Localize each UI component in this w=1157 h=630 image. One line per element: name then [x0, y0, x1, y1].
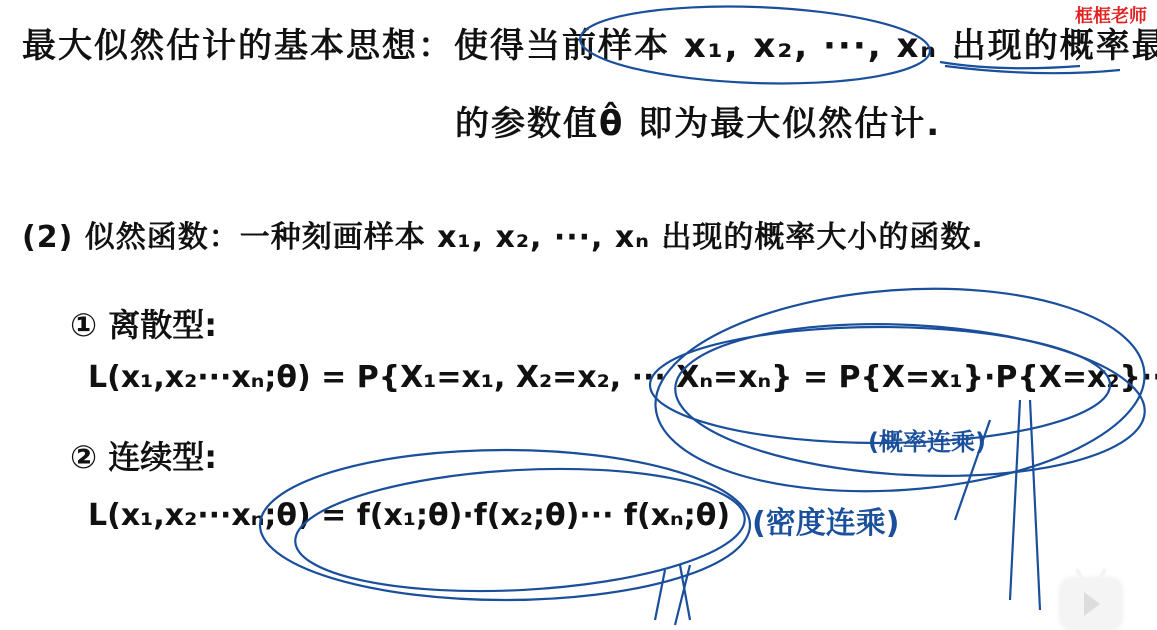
- play-tv-icon: [1084, 592, 1100, 616]
- continuous-ellipse-1: [260, 450, 750, 600]
- video-platform-logo: [1060, 578, 1122, 630]
- ink-annotations: [0, 0, 1157, 630]
- continuous-ellipse-2: [292, 458, 748, 601]
- discrete-ellipse-2: [649, 273, 1152, 507]
- sample-ellipse: [579, 1, 931, 89]
- discrete-ellipse-3: [671, 313, 1148, 487]
